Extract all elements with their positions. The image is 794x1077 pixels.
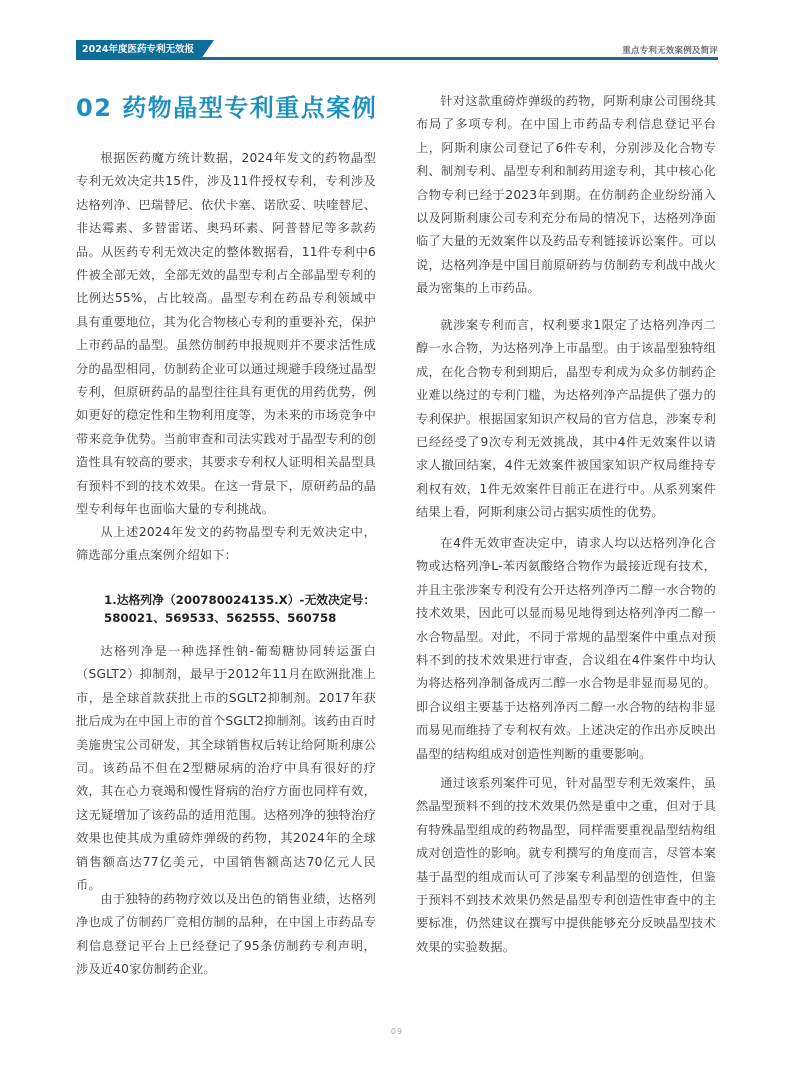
case-heading-numbers: 580021、569533、562555、560758 [104,609,376,627]
paragraph-decisions: 在4件无效审查决定中，请求人均以达格列净化合物或达格列净L-苯丙氨酸络合物作为最… [416,532,716,766]
paragraph-conclusion: 通过该系列案件可见，针对晶型专利无效案件，虽然晶型预料不到的技术效果仍然是重中之… [416,772,716,959]
paragraph-selection: 从上述2024年发文的药物晶型专利无效决定中，筛选部分重点案例介绍如下： [76,521,376,568]
paragraph-generics: 由于独特的药物疗效以及出色的销售业绩，达格列净也成了仿制药厂竞相仿制的品种，在中… [76,888,376,982]
header-divider [76,57,718,60]
paragraph-patent-layout: 针对这款重磅炸弹级的药物，阿斯利康公司围绕其布局了多项专利。在中国上市药品专利信… [416,90,716,301]
section-label: 重点专利无效案例及简评 [622,44,718,56]
page-number: 09 [0,1027,794,1036]
paragraph-claim-scope: 就涉案专利而言，权利要求1限定了达格列净丙二醇一水合物，为达格列净上市晶型。由于… [416,314,716,525]
page-title: 02 药物晶型专利重点案例 [76,88,377,123]
paragraph-intro: 根据医药魔方统计数据，2024年发文的药物晶型专利无效决定共15件，涉及11件授… [76,147,376,522]
case-heading-title: 1.达格列净（200780024135.X）-无效决定号： [104,591,376,609]
paragraph-drug-intro: 达格列净是一种选择性钠-葡萄糖协同转运蛋白（SGLT2）抑制剂，最早于2012年… [76,640,376,897]
case-heading: 1.达格列净（200780024135.X）-无效决定号： 580021、569… [104,591,376,627]
